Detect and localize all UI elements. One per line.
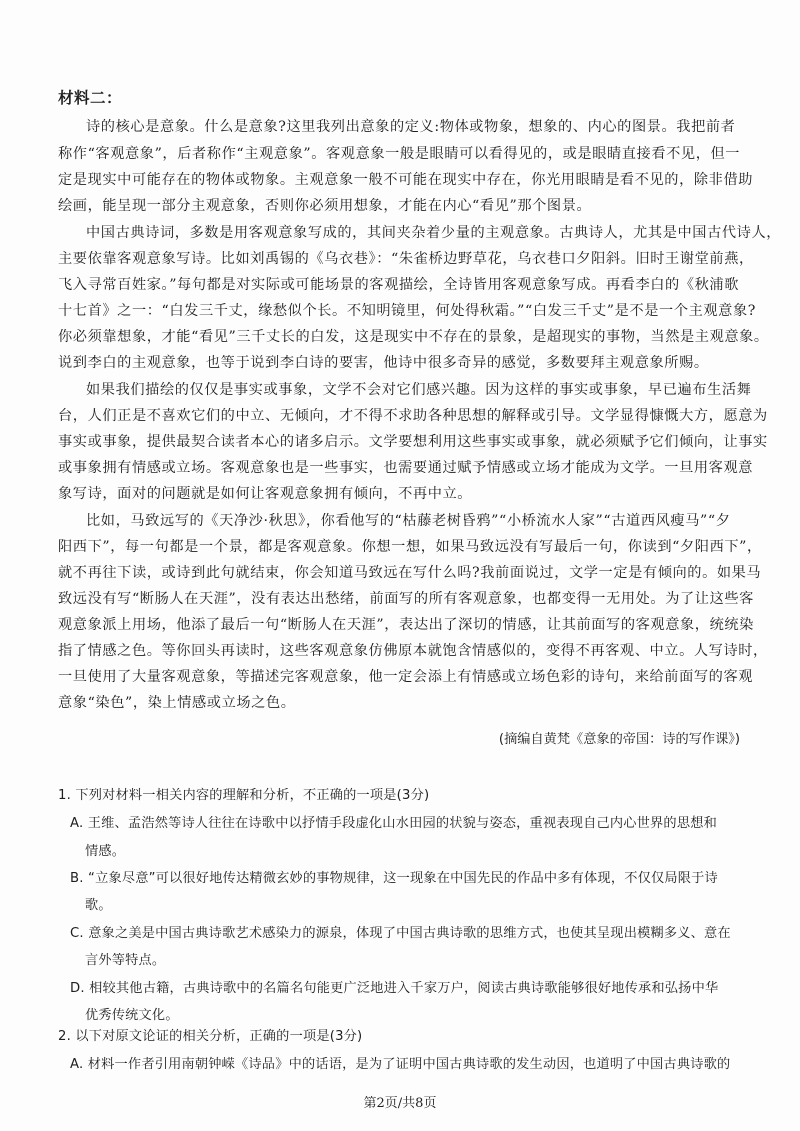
- passage-line: 绘画，能呈现一部分主观意象，否则你必须用想象，才能在内心“看见”那个图景。: [58, 197, 748, 215]
- passage-line: 说到李白的主观意象，也等于说到李白诗的要害，他诗中很多奇异的感觉，多数要拜主观意…: [58, 354, 748, 372]
- passage-line: 致远没有写“断肠人在天涯”，没有表达出愁绪，前面写的所有客观意象，也都变得一无用…: [58, 590, 748, 608]
- passage-line: 你必须靠想象，才能“看见”三千丈长的白发，这是现实中不存在的景象，是超现实的事物…: [58, 328, 748, 346]
- option-b: B. “立象尽意”可以很好地传达精微玄妙的事物规律，这一现象在中国先民的作品中多…: [70, 870, 718, 888]
- passage-line: 观意象派上用场，他添了最后一句“断肠人在天涯”，表达出了深切的情感，让其前面写的…: [58, 616, 748, 634]
- passage-line: 十七首》之一：“白发三千丈，缘愁似个长。不知明镜里，何处得秋霜。”“白发三千丈”…: [58, 302, 748, 320]
- passage-line: 定是现实中可能存在的物体或物象。主观意象一般不可能在现实中存在，你光用眼睛是看不…: [58, 171, 748, 189]
- passage-line: 事实或事象，提供最契合读者本心的诸多启示。文学要想利用这些事实或事象，就必须赋予…: [58, 433, 748, 451]
- passage-line: 台，人们正是不喜欢它们的中立、无倾向，才不得不求助各种思想的解释或引导。文学显得…: [58, 407, 748, 425]
- passage-line: 指了情感之色。等你回头再读时，这些客观意象仿佛原本就饱含情感似的，变得不再客观、…: [58, 642, 748, 660]
- passage-line: 诗的核心是意象。什么是意象?这里我列出意象的定义:物体或物象，想象的、内心的图景…: [86, 118, 776, 136]
- passage-line: 如果我们描绘的仅仅是事实或事象，文学不会对它们感兴趣。因为这样的事实或事象，早已…: [86, 381, 776, 399]
- passage-line: 比如，马致远写的《天净沙·秋思》，你看他写的“枯藤老树昏鸦”“小桥流水人家”“古…: [86, 512, 776, 530]
- passage-line: 一旦使用了大量客观意象，等描述完客观意象，他一定会添上有情感或立场色彩的诗句，来…: [58, 668, 748, 686]
- passage-line: 中国古典诗词，多数是用客观意象写成的，其间夹杂着少量的主观意象。古典诗人，尤其是…: [86, 224, 776, 242]
- passage-line: 意象“染色”，染上情感或立场之色。: [58, 694, 748, 712]
- option-c: C. 意象之美是中国古典诗歌艺术感染力的源泉，体现了中国古典诗歌的思维方式，也使…: [70, 925, 731, 943]
- passage-line: 就不再往下读，或诗到此句就结束，你会知道马致远在写什么吗?我前面说过，文学一定是…: [58, 564, 748, 582]
- section-title: 材料二：: [58, 86, 122, 108]
- option-a: A. 王维、孟浩然等诗人往往在诗歌中以抒情手段虚化山水田园的状貌与姿态，重视表现…: [70, 815, 717, 833]
- exam-page: 材料二： 诗的核心是意象。什么是意象?这里我列出意象的定义:物体或物象，想象的、…: [0, 0, 800, 1131]
- question-stem: 2. 以下对原文论证的相关分析，正确的一项是(3分): [58, 1028, 362, 1046]
- option-a: 情感。: [85, 843, 125, 861]
- passage-line: 飞入寻常百姓家。”每句都是对实际或可能场景的客观描绘，全诗皆用客观意象写成。再看…: [58, 276, 748, 294]
- passage-line: 阳西下”，每一句都是一个景，都是客观意象。你想一想，如果马致远没有写最后一句，你…: [58, 538, 748, 556]
- passage-line: 主要依靠客观意象写诗。比如刘禹锡的《乌衣巷》：“朱雀桥边野草花，乌衣巷口夕阳斜。…: [58, 250, 748, 268]
- option-b: 歌。: [85, 897, 112, 915]
- passage-line: 称作“客观意象”，后者称作“主观意象”。客观意象一般是眼睛可以看得见的，或是眼睛…: [58, 145, 748, 163]
- option-d: D. 相较其他古籍，古典诗歌中的名篇名句能更广泛地进入千家万户，阅读古典诗歌能够…: [70, 980, 718, 998]
- source-citation: (摘编自黄梵《意象的帝国：诗的写作课》): [499, 728, 740, 747]
- passage-line: 象写诗，面对的问题就是如何让客观意象拥有倾向，不再中立。: [58, 485, 748, 503]
- question-stem: 1. 下列对材料一相关内容的理解和分析，不正确的一项是(3分): [58, 787, 429, 805]
- option-a: A. 材料一作者引用南朝钟嵘《诗品》中的话语，是为了证明中国古典诗歌的发生动因，…: [70, 1056, 730, 1074]
- option-d: 优秀传统文化。: [85, 1007, 179, 1025]
- passage-line: 或事象拥有情感或立场。客观意象也是一些事实，也需要通过赋予情感或立场才能成为文学…: [58, 459, 748, 477]
- option-c: 言外等特点。: [85, 952, 165, 970]
- page-footer: 第2页/共8页: [0, 1092, 800, 1111]
